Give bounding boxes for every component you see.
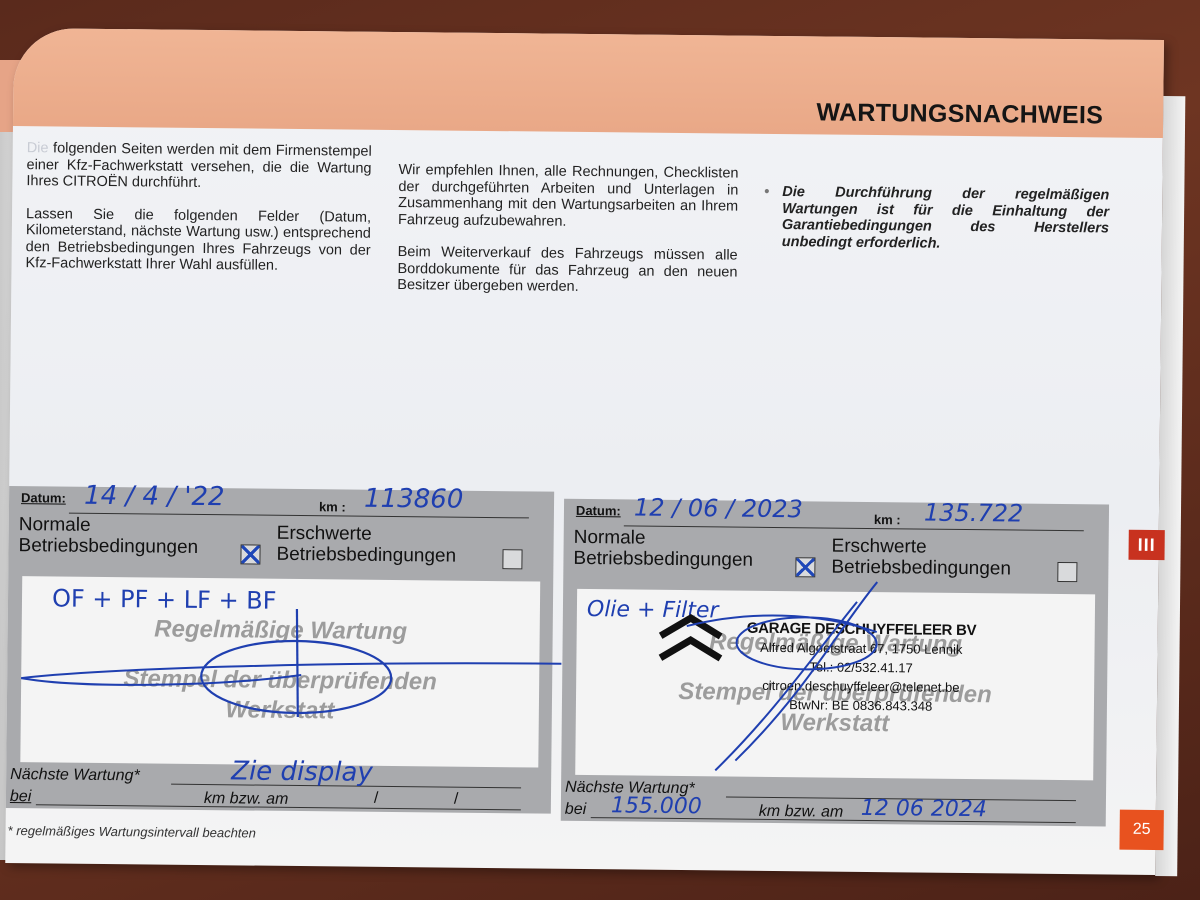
normal-conditions-label: Normale Betriebsbedingungen <box>573 527 798 571</box>
service-entry-1: Datum: 14 / 4 / '22 km : 113860 Normale … <box>6 486 554 814</box>
page-number: 25 <box>1119 810 1163 850</box>
garage-stamp: GARAGE DESCHUYFFELEER BV Alfred Algoetst… <box>746 619 976 716</box>
km-label: km : <box>874 512 901 527</box>
hard-conditions-checkbox[interactable] <box>502 549 522 569</box>
normal-conditions-checkbox[interactable] <box>795 557 815 577</box>
service-entry-2: Datum: 12 / 06 / 2023 km : 135.722 Norma… <box>561 499 1109 827</box>
km-label: km : <box>319 499 346 514</box>
stamp-area[interactable]: Regelmäßige Wartung Stempel der überprüf… <box>575 589 1095 780</box>
km-or-on-label: km bzw. am <box>759 803 844 822</box>
hard-conditions-label: Erschwerte Betriebsbedingungen <box>276 523 501 567</box>
intro-paragraph: Beim Weiterverkauf des Fahrzeugs müssen … <box>397 244 737 297</box>
km-value[interactable]: 113860 <box>364 484 464 515</box>
next-service-label: Nächste Wartung* <box>10 766 140 785</box>
date-value[interactable]: 14 / 4 / '22 <box>84 481 225 512</box>
at-label: bei <box>565 801 587 819</box>
date-label: Datum: <box>576 503 621 518</box>
chapter-tab: III <box>1128 530 1164 560</box>
at-label: bei <box>10 788 32 806</box>
citroen-logo-icon <box>656 610 727 671</box>
stamp-area[interactable]: Regelmäßige Wartung Stempel der überprüf… <box>20 576 540 767</box>
intro-paragraph: Lassen Sie die folgenden Felder (Datum, … <box>25 206 371 276</box>
page-header: WARTUNGSNACHWEIS <box>13 28 1164 138</box>
hard-conditions-label: Erschwerte Betriebsbedingungen <box>831 536 1056 580</box>
footnote: * regelmäßiges Wartungsintervall beachte… <box>8 823 256 841</box>
date-label: Datum: <box>21 490 66 505</box>
hard-conditions-checkbox[interactable] <box>1057 562 1077 582</box>
normal-conditions-label: Normale Betriebsbedingungen <box>18 514 243 558</box>
next-date-value[interactable]: 12 06 2024 <box>861 796 987 822</box>
work-performed: OF + PF + LF + BF <box>52 584 277 614</box>
intro-paragraph: Die folgenden Seiten werden mit dem Firm… <box>26 140 371 193</box>
date-value[interactable]: 12 / 06 / 2023 <box>634 494 803 524</box>
page-edge <box>1155 96 1185 876</box>
bullet-icon: • <box>764 184 769 201</box>
km-or-on-label: km bzw. am <box>204 790 289 809</box>
km-value[interactable]: 135.722 <box>924 499 1024 528</box>
warranty-note: • Die Durchführung der regelmäßigen Wart… <box>764 184 1110 254</box>
next-km-value[interactable]: 155.000 <box>611 793 702 819</box>
booklet-page: WARTUNGSNACHWEIS Die folgenden Seiten we… <box>5 28 1164 875</box>
intro-column-1: Die folgenden Seiten werden mit dem Firm… <box>25 140 372 291</box>
normal-conditions-checkbox[interactable] <box>240 544 260 564</box>
page-title: WARTUNGSNACHWEIS <box>816 98 1103 130</box>
next-service-value[interactable]: Zie display <box>231 756 373 787</box>
intro-column-2: Wir empfehlen Ihnen, alle Rechnungen, Ch… <box>397 162 739 313</box>
intro-paragraph: Wir empfehlen Ihnen, alle Rechnungen, Ch… <box>398 162 739 232</box>
